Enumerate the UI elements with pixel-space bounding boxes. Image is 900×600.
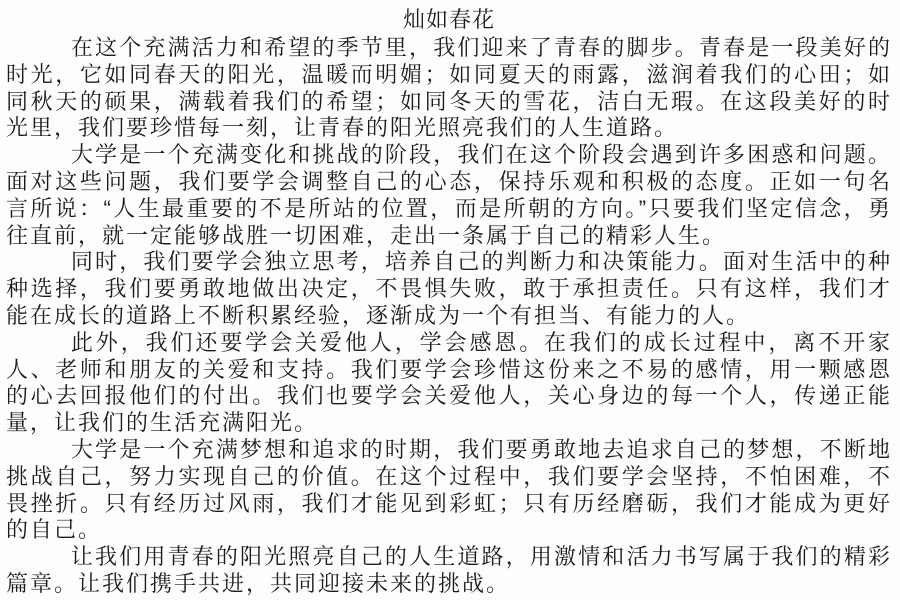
paragraph-4: 此外，我们还要学会关爱他人，学会感恩。在我们的成长过程中，离不开家人、老师和朋友… bbox=[6, 330, 892, 437]
paragraph-2: 大学是一个充满变化和挑战的阶段，我们在这个阶段会遇到许多困惑和问题。面对这些问题… bbox=[6, 142, 892, 249]
paragraph-3: 同时，我们要学会独立思考，培养自己的判断力和决策能力。面对生活中的种种选择，我们… bbox=[6, 249, 892, 329]
document-page: 灿如春花 在这个充满活力和希望的季节里，我们迎来了青春的脚步。青春是一段美好的时… bbox=[0, 0, 900, 600]
paragraph-1: 在这个充满活力和希望的季节里，我们迎来了青春的脚步。青春是一段美好的时光，它如同… bbox=[6, 35, 892, 142]
document-title: 灿如春花 bbox=[6, 5, 892, 35]
paragraph-6: 让我们用青春的阳光照亮自己的人生道路，用激情和活力书写属于我们的精彩篇章。让我们… bbox=[6, 544, 892, 598]
paragraph-5: 大学是一个充满梦想和追求的时期，我们要勇敢地去追求自己的梦想，不断地挑战自己，努… bbox=[6, 437, 892, 544]
